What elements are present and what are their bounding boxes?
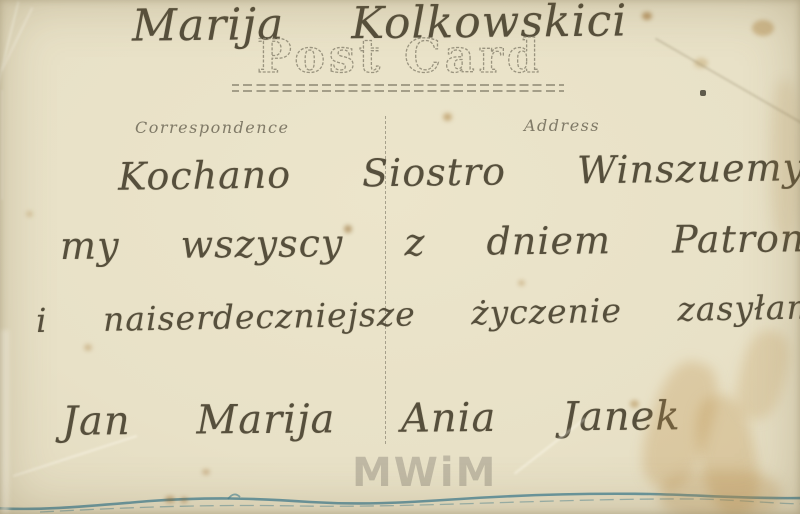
title-underline-top — [232, 84, 564, 86]
postcard-title-text: Post Card — [257, 29, 543, 83]
postcard-title: Post Card — [210, 28, 590, 88]
crease-line — [1, 90, 3, 200]
message-line-1: Kochano Siostro Winszuemy — [118, 145, 800, 199]
title-underline-bottom — [232, 90, 564, 92]
stain-spot — [26, 211, 33, 217]
large-sepia-stain — [729, 326, 796, 425]
stain-spot — [752, 20, 774, 36]
stain-spot — [443, 113, 452, 121]
message-line-3: i naiserdeczniejsze życzenie zasyłamy — [36, 287, 800, 340]
ink-speck — [700, 90, 706, 96]
crease-line — [0, 1, 19, 94]
signature-line: Jan Marija Ania Janek — [62, 393, 681, 444]
stain-spot — [84, 344, 92, 351]
stain-spot — [518, 280, 525, 286]
postcard-scan: Marija Kolkowskici Post Card Corresponde… — [0, 0, 800, 514]
crease-line — [655, 38, 800, 155]
crease-line — [1, 7, 33, 71]
correspondence-label: Correspondence — [135, 118, 289, 137]
blue-crayon-line — [0, 474, 800, 514]
stain-spot — [642, 12, 652, 20]
stain-spot — [694, 58, 708, 68]
address-label: Address — [524, 116, 600, 135]
message-line-2: my wszyscy z dniem Patrona — [60, 216, 800, 268]
worn-edge — [0, 330, 9, 514]
